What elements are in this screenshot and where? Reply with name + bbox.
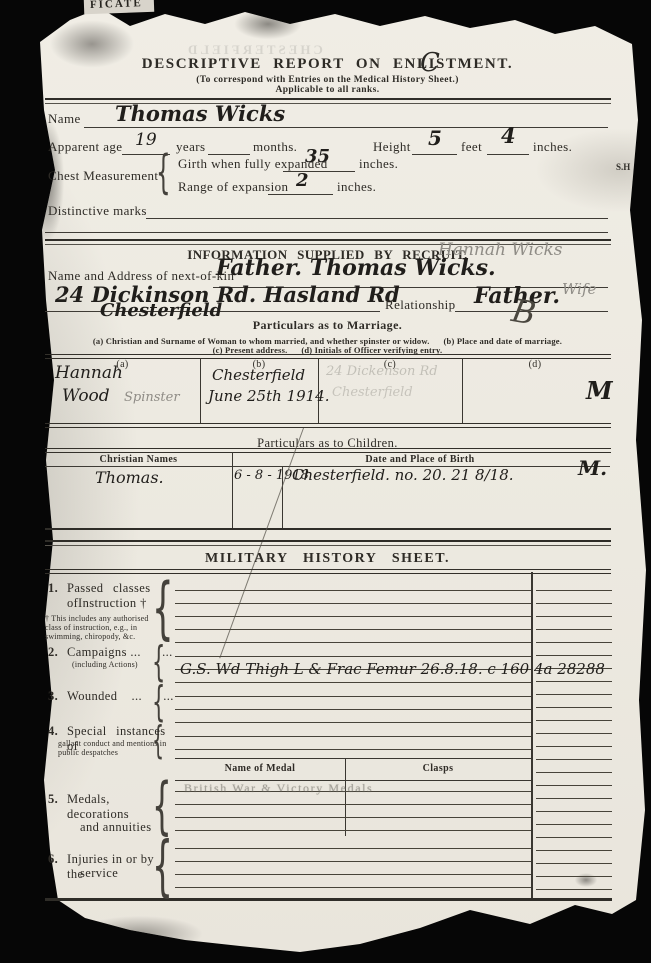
military-title: MILITARY HISTORY SHEET. [45,551,610,567]
marks-underline-1 [146,218,608,219]
expansion-underline [268,194,333,195]
height-inches-value: 4 [501,123,516,148]
campaigns-entry: G.S. Wd Thigh L & Frac Femur 26.8.18. c … [180,660,605,678]
marriage-woman-first: Hannah [55,363,123,383]
item6-number: 6. [48,852,58,867]
medal-stamp: British War & Victory Medals [184,781,373,796]
apparent-age-label: Apparent age [48,139,122,155]
torn-page-sliver: FICATE [84,0,154,14]
wounded-lines [175,684,531,724]
item1-footnote: † This includes any authorised class of … [45,614,167,641]
children-col-names: Christian Names [45,454,232,465]
marriage-place: Chesterfield [212,366,305,384]
item2-sub: (including Actions) [72,660,138,669]
marriage-table-bottom-rule [45,423,611,428]
marriage-status-pencil: Spinster [124,390,180,405]
item1-label-2: Instruction † [78,596,147,611]
gallantry-lines [175,724,531,758]
chest-label: Chest Measurement [48,168,158,184]
child-name: Thomas. [95,468,164,487]
scanned-enlistment-form: { "scan": { "top_fragment": "FICATE", "t… [0,0,651,963]
military-right-col-lines [536,578,612,898]
item4-number: 4. [48,724,58,739]
marriage-officer-initials: M [586,376,613,405]
item5-label: Medals, decorations [67,792,167,822]
girth-underline [283,171,355,172]
marks-underline-2 [45,232,608,233]
relationship-label: Relationship [385,297,456,313]
name-underline [84,127,608,128]
marriage-address-2: Chesterfield [332,385,413,400]
item4-sub: gallant conduct and mentions in public d… [58,739,170,757]
item5-number: 5. [48,792,58,807]
injuries-lines [175,836,531,898]
child-birth-place: Chesterfield. no. 20. 21 8/18. [292,466,514,484]
months-underline [208,154,250,155]
relationship-pencil-note: Wife [562,280,596,298]
item2-number: 2. [48,645,58,660]
item2-label: Campaigns ... ... [67,645,173,660]
next-of-kin-value: Father. Thomas Wicks. [216,255,496,281]
form-subtitle-1: (To correspond with Entries on the Medic… [45,75,610,85]
feet-label: feet [461,139,482,155]
feet-underline [412,154,457,155]
form-subtitle-2: Applicable to all ranks. [45,85,610,95]
inches-label: inches. [533,139,572,155]
expansion-unit: inches. [337,179,376,195]
marriage-col-d: (d) [462,359,608,370]
height-feet-value: 5 [428,126,442,150]
military-top-rule [45,569,611,574]
marriage-address-1: 24 Dickenson Rd [326,364,438,379]
years-label: years [176,139,205,155]
item3-label: Wounded ... ... [67,689,174,704]
medal-col-name: Name of Medal [175,763,345,774]
marriage-date: June 25th 1914. [208,387,329,405]
children-col-divider-1 [232,452,233,528]
military-right-col-divider [531,572,533,898]
chest-brace: { [156,150,171,194]
medal-table-header: Name of Medal Clasps [175,758,531,781]
children-table-bottom-rule [45,528,611,530]
marriage-title: Particulars as to Marriage. [45,318,610,333]
age-value: 19 [135,130,157,150]
item3-number: 3. [48,689,58,704]
months-label: months. [253,139,297,155]
children-table-top-rule [45,448,611,453]
military-bottom-rule [45,898,612,901]
expansion-value: 2 [296,170,309,191]
section-rule [45,540,611,546]
item6-label-2: service [80,866,118,881]
child-row-initials: M. [578,456,607,480]
expansion-label: Range of expansion [178,179,288,195]
girth-value: 35 [305,146,330,167]
edge-text-fragment: S.H [616,162,630,172]
item1-number: 1. [48,581,58,596]
name-value: Thomas Wicks [115,101,285,126]
top-text-fragment: FICATE [90,0,143,11]
form-title: DESCRIPTIVE REPORT ON ENLISTMENT. [45,56,610,73]
girth-unit: inches. [359,156,398,172]
instruction-lines [175,578,531,644]
children-col-birth: Date and Place of Birth [232,454,608,465]
item5-label-2: and annuities [80,820,152,835]
medal-col-clasps: Clasps [345,763,531,774]
inches-underline [487,154,529,155]
height-label: Height [373,139,411,155]
marks-label: Distinctive marks [48,203,147,219]
name-label: Name [48,111,81,127]
marriage-woman-last: Wood [62,386,110,406]
